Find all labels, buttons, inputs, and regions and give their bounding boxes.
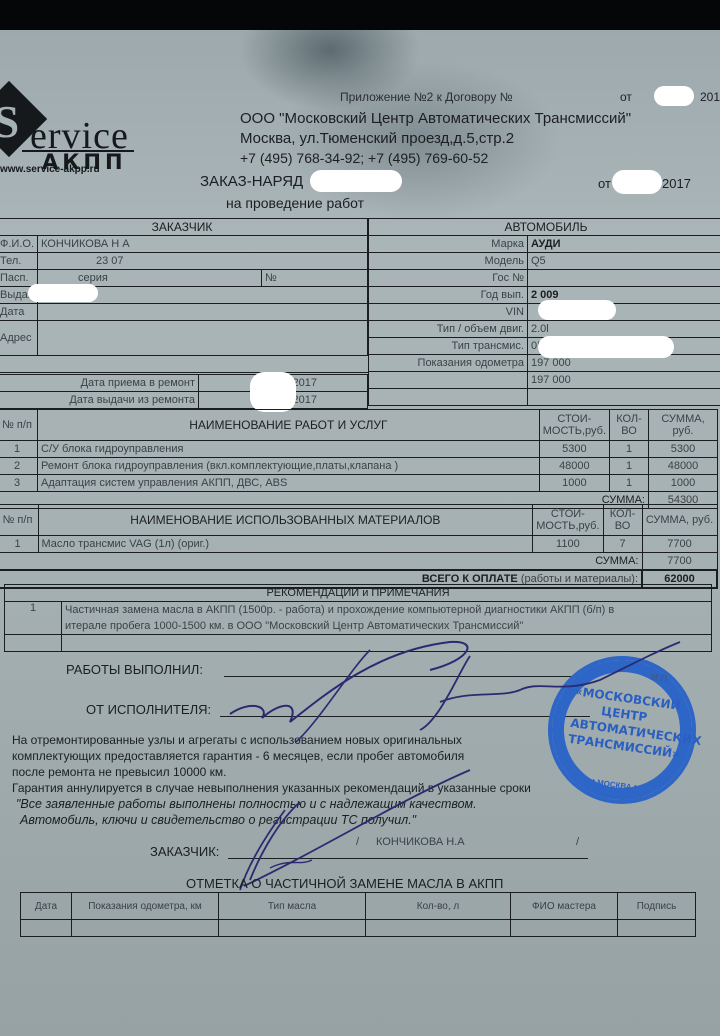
materials-total-label: СУММА: xyxy=(0,553,642,571)
materials-total: 7700 xyxy=(642,553,717,571)
vehicle-make: АУДИ xyxy=(528,236,720,253)
redacted-vin xyxy=(538,336,674,358)
vehicle-odometer-issue: 197 000 xyxy=(528,372,720,389)
annex-year: 201 xyxy=(700,90,720,104)
stamp-city: * МОСКВА * xyxy=(544,771,684,799)
recommendations-table: РЕКОМЕНДАЦИИ и ПРИМЕЧАНИЯ 1 Частичная за… xyxy=(4,584,712,652)
stamp-center-text: «МОСКОВСКИЙ ЦЕНТР АВТОМАТИЧЕСКИХ ТРАНСМИ… xyxy=(567,683,679,761)
vehicle-model: Q5 xyxy=(528,253,720,270)
work-order-document: S ervice АКПП www.service-akpp.ru Прилож… xyxy=(0,30,720,1036)
contractor-line xyxy=(220,716,590,717)
order-year: 2017 xyxy=(662,176,691,191)
materials-table: № п/п НАИМЕНОВАНИЕ ИСПОЛЬЗОВАННЫХ МАТЕРИ… xyxy=(0,504,718,589)
customer-sign-name: КОНЧИКОВА Н.А xyxy=(376,836,465,848)
annex-ot: от xyxy=(620,90,632,104)
company-stamp: М.П. «МОСКОВСКИЙ ЦЕНТР АВТОМАТИЧЕСКИХ ТР… xyxy=(538,646,705,813)
order-subtitle: на проведение работ xyxy=(226,195,364,211)
performed-by-label: РАБОТЫ ВЫПОЛНИЛ: xyxy=(66,662,203,677)
contractor-label: ОТ ИСПОЛНИТЕЛЯ: xyxy=(86,702,211,717)
redacted-repair-dates xyxy=(250,372,296,412)
performed-by-line xyxy=(224,676,584,677)
order-ot: от xyxy=(598,176,611,191)
order-title: ЗАКАЗ-НАРЯД xyxy=(200,173,303,190)
vehicle-title: АВТОМОБИЛЬ xyxy=(369,219,720,236)
oil-change-title: ОТМЕТКА О ЧАСТИЧНОЙ ЗАМЕНЕ МАСЛА В АКПП xyxy=(186,876,503,891)
date-received-label: Дата приема в ремонт xyxy=(0,375,199,392)
vehicle-plate xyxy=(528,270,720,287)
company-address: Москва, ул.Тюменский проезд,д.5,стр.2 xyxy=(240,130,514,147)
customer-title: ЗАКАЗЧИК xyxy=(0,219,368,236)
date-issued-label: Дата выдачи из ремонта xyxy=(0,392,199,409)
table-row: 1Масло трансмис VAG (1л) (ориг.) 1100777… xyxy=(0,536,717,553)
redacted-phone xyxy=(28,284,98,302)
oil-change-table: Дата Показания одометра, км Тип масла Ко… xyxy=(20,892,696,937)
customer-sign-label: ЗАКАЗЧИК: xyxy=(150,844,219,859)
table-row: 2Ремонт блока гидроуправления (вкл.компл… xyxy=(0,458,718,475)
logo-url: www.service-akpp.ru xyxy=(0,164,100,175)
company-phones: +7 (495) 768-34-92; +7 (495) 769-60-52 xyxy=(240,150,488,166)
customer-sign-line xyxy=(228,858,588,859)
vehicle-engine: 2.0l xyxy=(528,321,720,338)
customer-phone: 23 07 xyxy=(38,253,368,270)
customer-name: КОНЧИКОВА Н А xyxy=(38,236,368,253)
recommendations-title: РЕКОМЕНДАЦИИ и ПРИМЕЧАНИЯ xyxy=(5,585,712,602)
customer-statement: "Все заявленные работы выполнены полност… xyxy=(16,796,477,828)
redacted-order-date xyxy=(612,170,662,194)
table-row: 1С/У блока гидроуправления 530015300 xyxy=(0,441,718,458)
annex-line: Приложение №2 к Договору № xyxy=(340,90,513,104)
redacted-order-number xyxy=(310,170,402,192)
warranty-text: На отремонтированные узлы и агрегаты с и… xyxy=(12,732,531,796)
redacted-date xyxy=(654,86,694,106)
repair-dates-table: Дата приема в ремонт2017 Дата выдачи из … xyxy=(0,374,368,409)
company-name: ООО "Московский Центр Автоматических Тра… xyxy=(240,110,631,127)
table-row: 3Адаптация систем управления АКПП, ДВС, … xyxy=(0,475,718,492)
redacted-plate xyxy=(538,300,616,320)
works-table: № п/п НАИМЕНОВАНИЕ РАБОТ И УСЛУГ СТОИ-МО… xyxy=(0,409,718,509)
